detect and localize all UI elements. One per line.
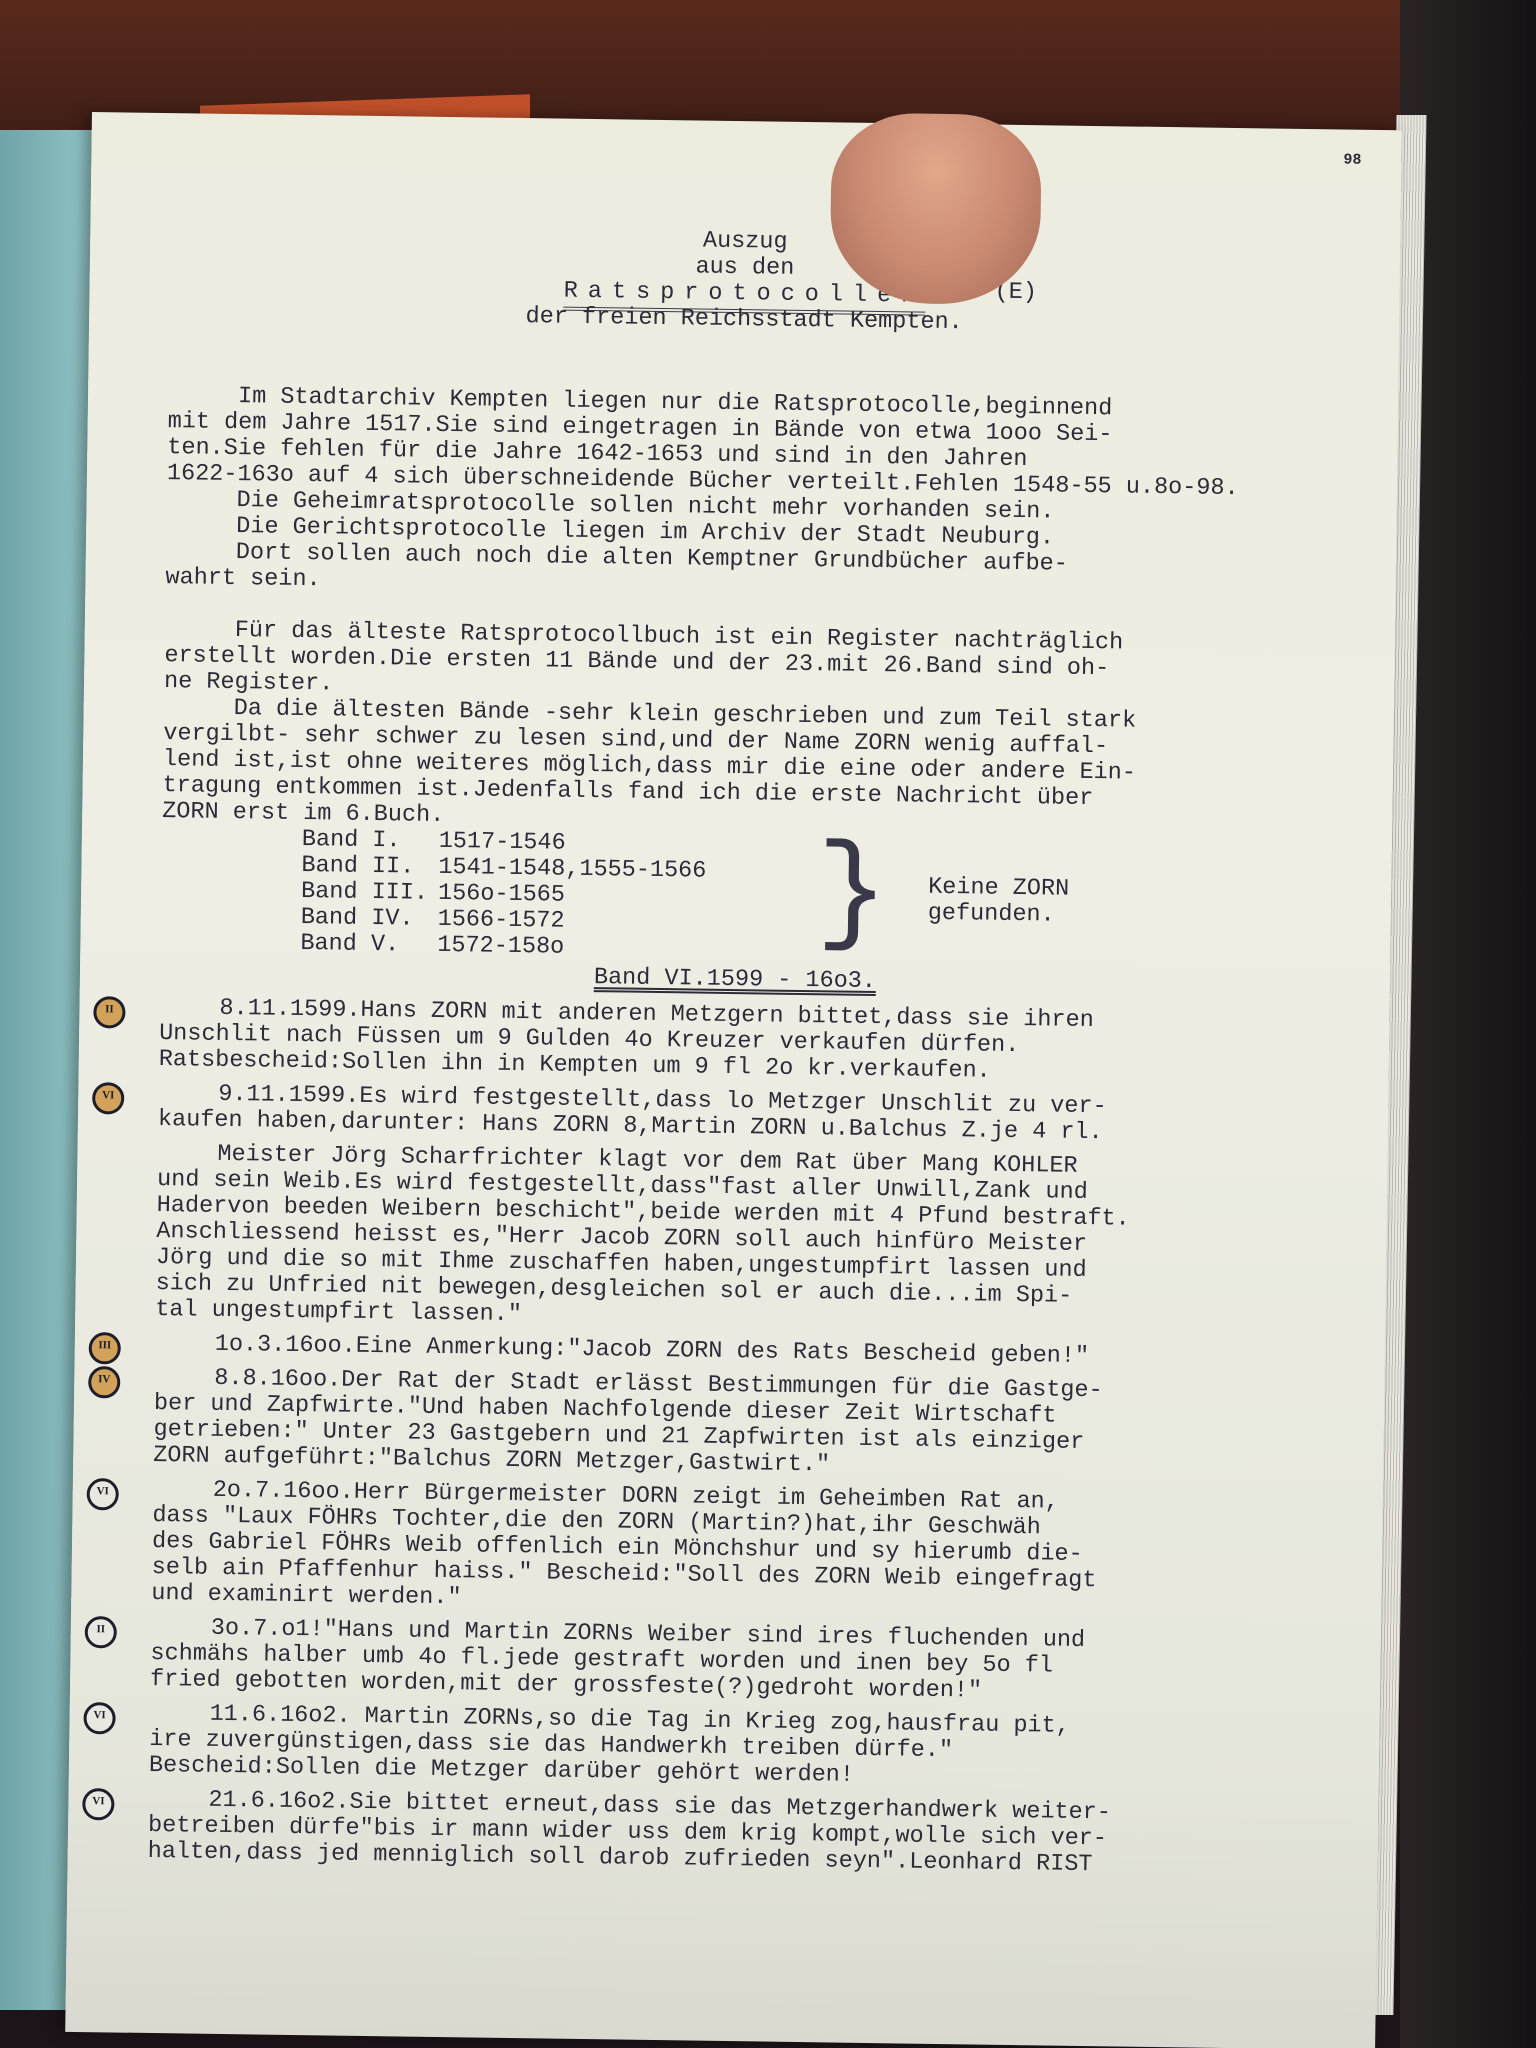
section-heading-text: Band VI.1599 - 16o3. [594, 964, 876, 995]
entries-list: II8.11.1599.Hans ZORN mit anderen Metzge… [148, 995, 1310, 1881]
entry: VI2o.7.16oo.Herr Bürgermeister DORN zeig… [151, 1477, 1303, 1623]
seal-icon: VI [86, 1478, 118, 1510]
title-block: Auszug aus den Ratsprotocollen der freie… [89, 220, 1400, 342]
brace: } [715, 833, 899, 966]
seal-icon: IV [88, 1366, 120, 1398]
intro-section: Im Stadtarchiv Kempten liegen nur die Ra… [162, 383, 1318, 841]
band-name: Band II. [301, 853, 438, 881]
seal-icon: VI [83, 1702, 115, 1734]
entry: IV8.8.16oo.Der Rat der Stadt erlässt Bes… [153, 1365, 1304, 1485]
band-table: Band I.1517-1546}Keine ZORNgefunden.Band… [300, 827, 1080, 968]
page-number: 98 [1343, 147, 1361, 173]
band-name: Band IV. [301, 905, 438, 933]
band-name: Band III. [301, 879, 438, 907]
entry: II3o.7.o1!"Hans und Martin ZORNs Weiber … [150, 1615, 1301, 1709]
band-years: 1572-158o [437, 933, 715, 963]
section-heading: Band VI.1599 - 16o3. [160, 959, 1310, 1001]
bands-note: Keine ZORNgefunden. [897, 835, 1080, 968]
band-name: Band I. [302, 827, 439, 855]
thumb [829, 112, 1042, 305]
entry: VI11.6.16o2. Martin ZORNs,so die Tag in … [149, 1701, 1300, 1795]
seal-icon: VI [82, 1788, 114, 1820]
seal-icon: II [85, 1616, 117, 1648]
seal-icon: III [89, 1332, 121, 1364]
entry: VI9.11.1599.Es wird festgestellt,dass lo… [158, 1081, 1309, 1149]
intro-paragraph-6: Da die ältesten Bände -sehr klein geschr… [162, 695, 1314, 841]
document-body: Im Stadtarchiv Kempten liegen nur die Ra… [148, 383, 1319, 1881]
band-name: Band V. [300, 931, 437, 959]
entry: II8.11.1599.Hans ZORN mit anderen Metzge… [159, 995, 1310, 1089]
document-page: 98 Auszug aus den Ratsprotocollen der fr… [65, 112, 1402, 2048]
intro-paragraph-1: Im Stadtarchiv Kempten liegen nur die Ra… [167, 383, 1318, 503]
seal-icon: VI [92, 1082, 124, 1114]
entry: Meister Jörg Scharfrichter klagt vor dem… [155, 1141, 1307, 1339]
seal-icon: II [93, 996, 125, 1028]
entry: VI21.6.16o2.Sie bittet erneut,dass sie d… [148, 1787, 1299, 1881]
